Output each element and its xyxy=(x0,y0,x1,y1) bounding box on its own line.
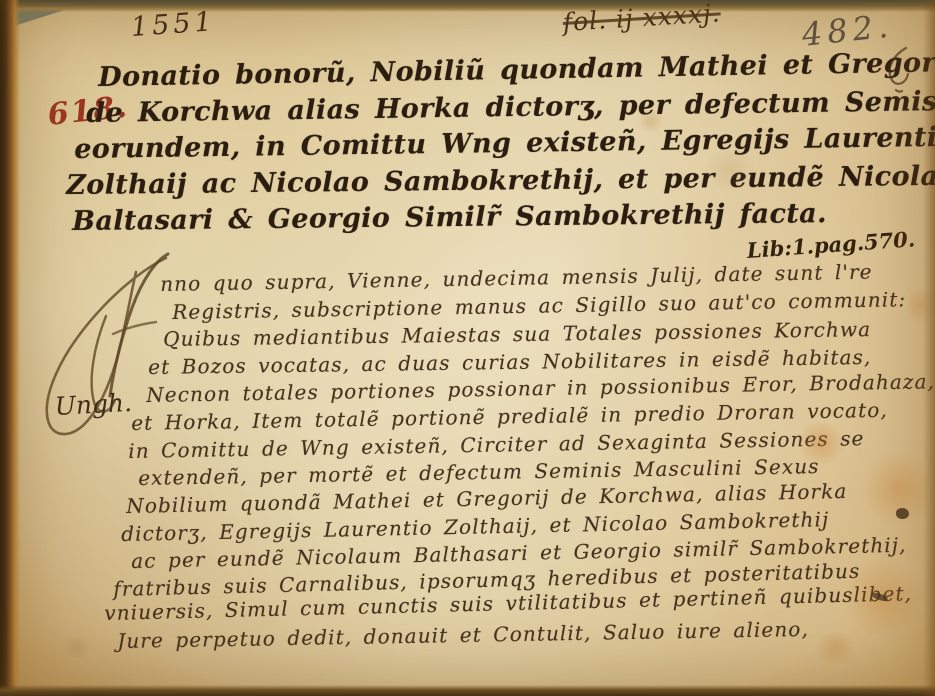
year-annotation: 1551 xyxy=(130,6,217,43)
pen-flourish xyxy=(882,46,916,96)
page-bottom-edge xyxy=(0,685,935,696)
county-margin-note: Ungh. xyxy=(54,388,133,421)
heading-line: Zolthaij ac Nicolao Sambokrethij, et per… xyxy=(66,161,935,201)
manuscript-page: 1551 fol. ij xxxxj. 482. 618. Donatio bo… xyxy=(0,0,935,696)
folio-number-crossed-out: fol. ij xxxxj. xyxy=(562,0,721,37)
heading-line: de Korchwa alias Horka dictorʒ, per defe… xyxy=(86,86,935,129)
book-gutter-edge xyxy=(0,0,20,696)
foxing-stain xyxy=(812,632,858,664)
initial-letter-crossbar xyxy=(113,322,156,334)
page-top-edge xyxy=(0,0,935,12)
ink-spot xyxy=(896,508,909,519)
heading-line: eorundem, in Comittu Wng existeñ, Egregi… xyxy=(74,122,935,165)
pen-flourish-stroke xyxy=(890,48,908,92)
heading-line: Baltasari & Georgio Similr̃ Sambokrethij… xyxy=(72,198,827,237)
book-page-reference: Lib:1.pag.570. xyxy=(746,226,916,263)
foxing-stain xyxy=(60,636,94,658)
heading-line: Donatio bonorũ, Nobiliũ quondam Mathei e… xyxy=(98,47,935,93)
body-line: Jure perpetuo dedit, donauit et Contulit… xyxy=(117,617,809,653)
page-number: 482. xyxy=(800,6,895,53)
